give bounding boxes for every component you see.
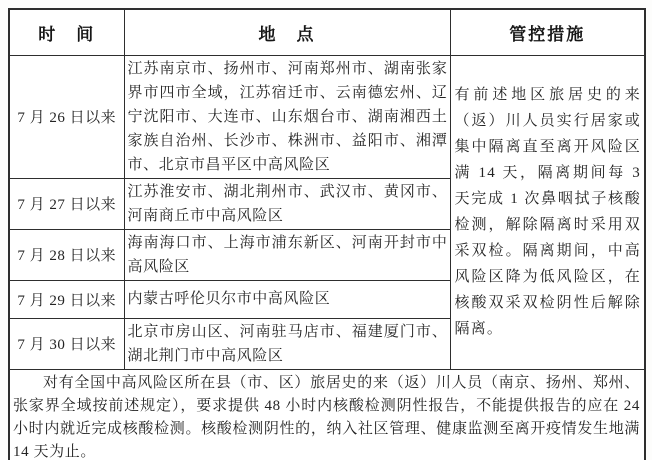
measures-cell: 有前述地区旅居史的来（返）川人员实行居家或集中隔离直至离开风险区满 14 天，隔… <box>450 55 645 369</box>
location-cell: 北京市房山区、河南驻马店市、福建厦门市、湖北荆门市中高风险区 <box>124 318 450 369</box>
col-header-location: 地 点 <box>124 9 450 55</box>
footer-note: 对有全国中高风险区所在县（市、区）旅居史的来（返）川人员（南京、扬州、郑州、张家… <box>9 369 645 460</box>
location-cell: 江苏淮安市、湖北荆州市、武汉市、黄冈市、河南商丘市中高风险区 <box>124 178 450 229</box>
time-cell: 7 月 27 日以来 <box>9 178 124 229</box>
location-cell: 海南海口市、上海市浦东新区、河南开封市中高风险区 <box>124 229 450 280</box>
location-cell: 内蒙古呼伦贝尔市中高风险区 <box>124 280 450 318</box>
table-row: 7 月 26 日以来 江苏南京市、扬州市、河南郑州市、湖南张家界市四市全域，江苏… <box>9 55 645 178</box>
time-cell: 7 月 30 日以来 <box>9 318 124 369</box>
footer-row: 对有全国中高风险区所在县（市、区）旅居史的来（返）川人员（南京、扬州、郑州、张家… <box>9 369 645 460</box>
control-measures-table: 时 间 地 点 管控措施 7 月 26 日以来 江苏南京市、扬州市、河南郑州市、… <box>8 8 646 460</box>
time-cell: 7 月 26 日以来 <box>9 55 124 178</box>
location-cell: 江苏南京市、扬州市、河南郑州市、湖南张家界市四市全域，江苏宿迁市、云南德宏州、辽… <box>124 55 450 178</box>
col-header-time: 时 间 <box>9 9 124 55</box>
time-cell: 7 月 28 日以来 <box>9 229 124 280</box>
time-cell: 7 月 29 日以来 <box>9 280 124 318</box>
col-header-measures: 管控措施 <box>450 9 645 55</box>
header-row: 时 间 地 点 管控措施 <box>9 9 645 55</box>
document-page: 时 间 地 点 管控措施 7 月 26 日以来 江苏南京市、扬州市、河南郑州市、… <box>0 0 652 460</box>
